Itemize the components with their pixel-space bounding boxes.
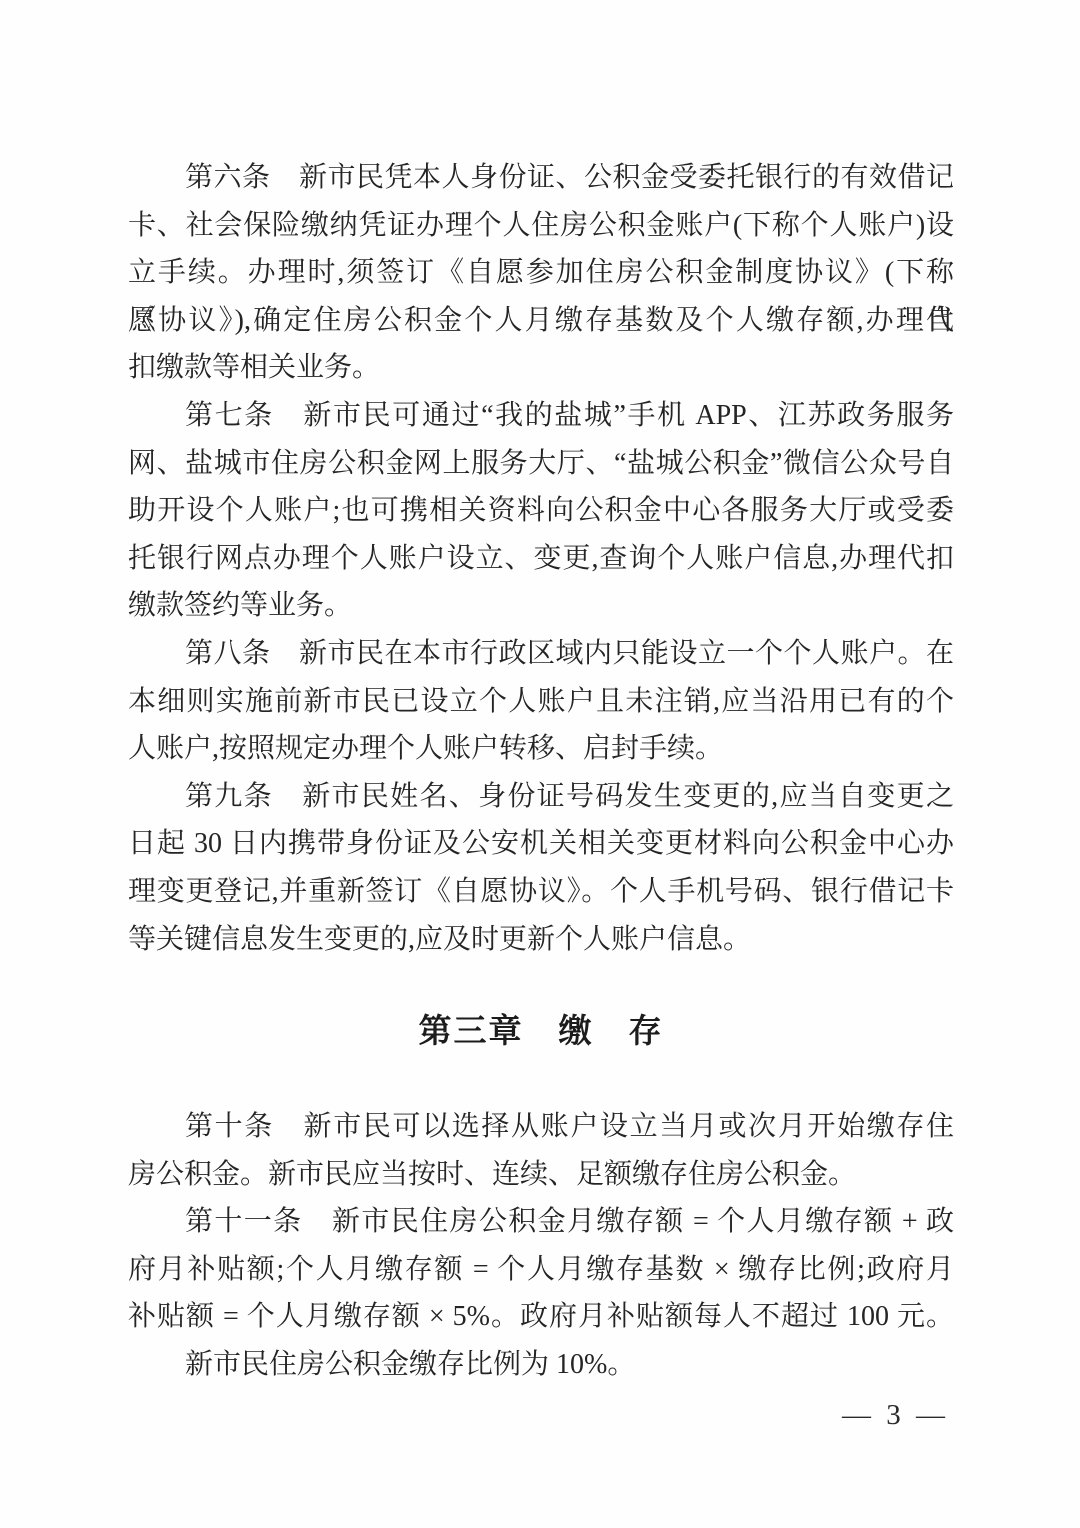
text-line: 立手续。办理时,须签订《自愿参加住房公积金制度协议》(下称《自 xyxy=(128,249,954,297)
text-line: 缴款签约等业务。 xyxy=(128,582,954,630)
text-line: 助开设个人账户;也可携相关资料向公积金中心各服务大厅或受委 xyxy=(128,487,954,535)
chapter-heading: 第三章 缴 存 xyxy=(128,1007,954,1055)
text-line: 本细则实施前新市民已设立个人账户且未注销,应当沿用已有的个 xyxy=(128,678,954,726)
text-line: 日起 30 日内携带身份证及公安机关相关变更材料向公积金中心办 xyxy=(128,820,954,868)
text-line: 第十一条 新市民住房公积金月缴存额 = 个人月缴存额 + 政 xyxy=(128,1198,954,1246)
text-line: 第七条 新市民可通过“我的盐城”手机 APP、江苏政务服务 xyxy=(128,392,954,440)
text-line: 第九条 新市民姓名、身份证号码发生变更的,应当自变更之 xyxy=(128,773,954,821)
text-line: 愿协议》),确定住房公积金个人月缴存基数及个人缴存额,办理代 xyxy=(128,297,954,345)
text-line: 府月补贴额;个人月缴存额 = 个人月缴存基数 × 缴存比例;政府月 xyxy=(128,1246,954,1294)
text-line: 人账户,按照规定办理个人账户转移、启封手续。 xyxy=(128,725,954,773)
text-line: 第十条 新市民可以选择从账户设立当月或次月开始缴存住 xyxy=(128,1103,954,1151)
text-line: 扣缴款等相关业务。 xyxy=(128,344,954,392)
text-line: 理变更登记,并重新签订《自愿协议》。个人手机号码、银行借记卡 xyxy=(128,868,954,916)
document-body: 第六条 新市民凭本人身份证、公积金受委托银行的有效借记卡、社会保险缴纳凭证办理个… xyxy=(128,154,954,1389)
text-line: 房公积金。新市民应当按时、连续、足额缴存住房公积金。 xyxy=(128,1151,954,1199)
page-number: — 3 — xyxy=(842,1398,949,1432)
text-line: 第六条 新市民凭本人身份证、公积金受委托银行的有效借记 xyxy=(128,154,954,202)
text-line: 卡、社会保险缴纳凭证办理个人住房公积金账户(下称个人账户)设 xyxy=(128,202,954,250)
text-line: 托银行网点办理个人账户设立、变更,查询个人账户信息,办理代扣 xyxy=(128,535,954,583)
text-line: 第八条 新市民在本市行政区域内只能设立一个个人账户。在 xyxy=(128,630,954,678)
text-line: 等关键信息发生变更的,应及时更新个人账户信息。 xyxy=(128,916,954,964)
text-line: 新市民住房公积金缴存比例为 10%。 xyxy=(128,1341,954,1389)
text-line: 补贴额 = 个人月缴存额 × 5%。政府月补贴额每人不超过 100 元。 xyxy=(128,1293,954,1341)
text-line: 网、盐城市住房公积金网上服务大厅、“盐城公积金”微信公众号自 xyxy=(128,440,954,488)
document-page: 第六条 新市民凭本人身份证、公积金受委托银行的有效借记卡、社会保险缴纳凭证办理个… xyxy=(0,0,1080,1528)
